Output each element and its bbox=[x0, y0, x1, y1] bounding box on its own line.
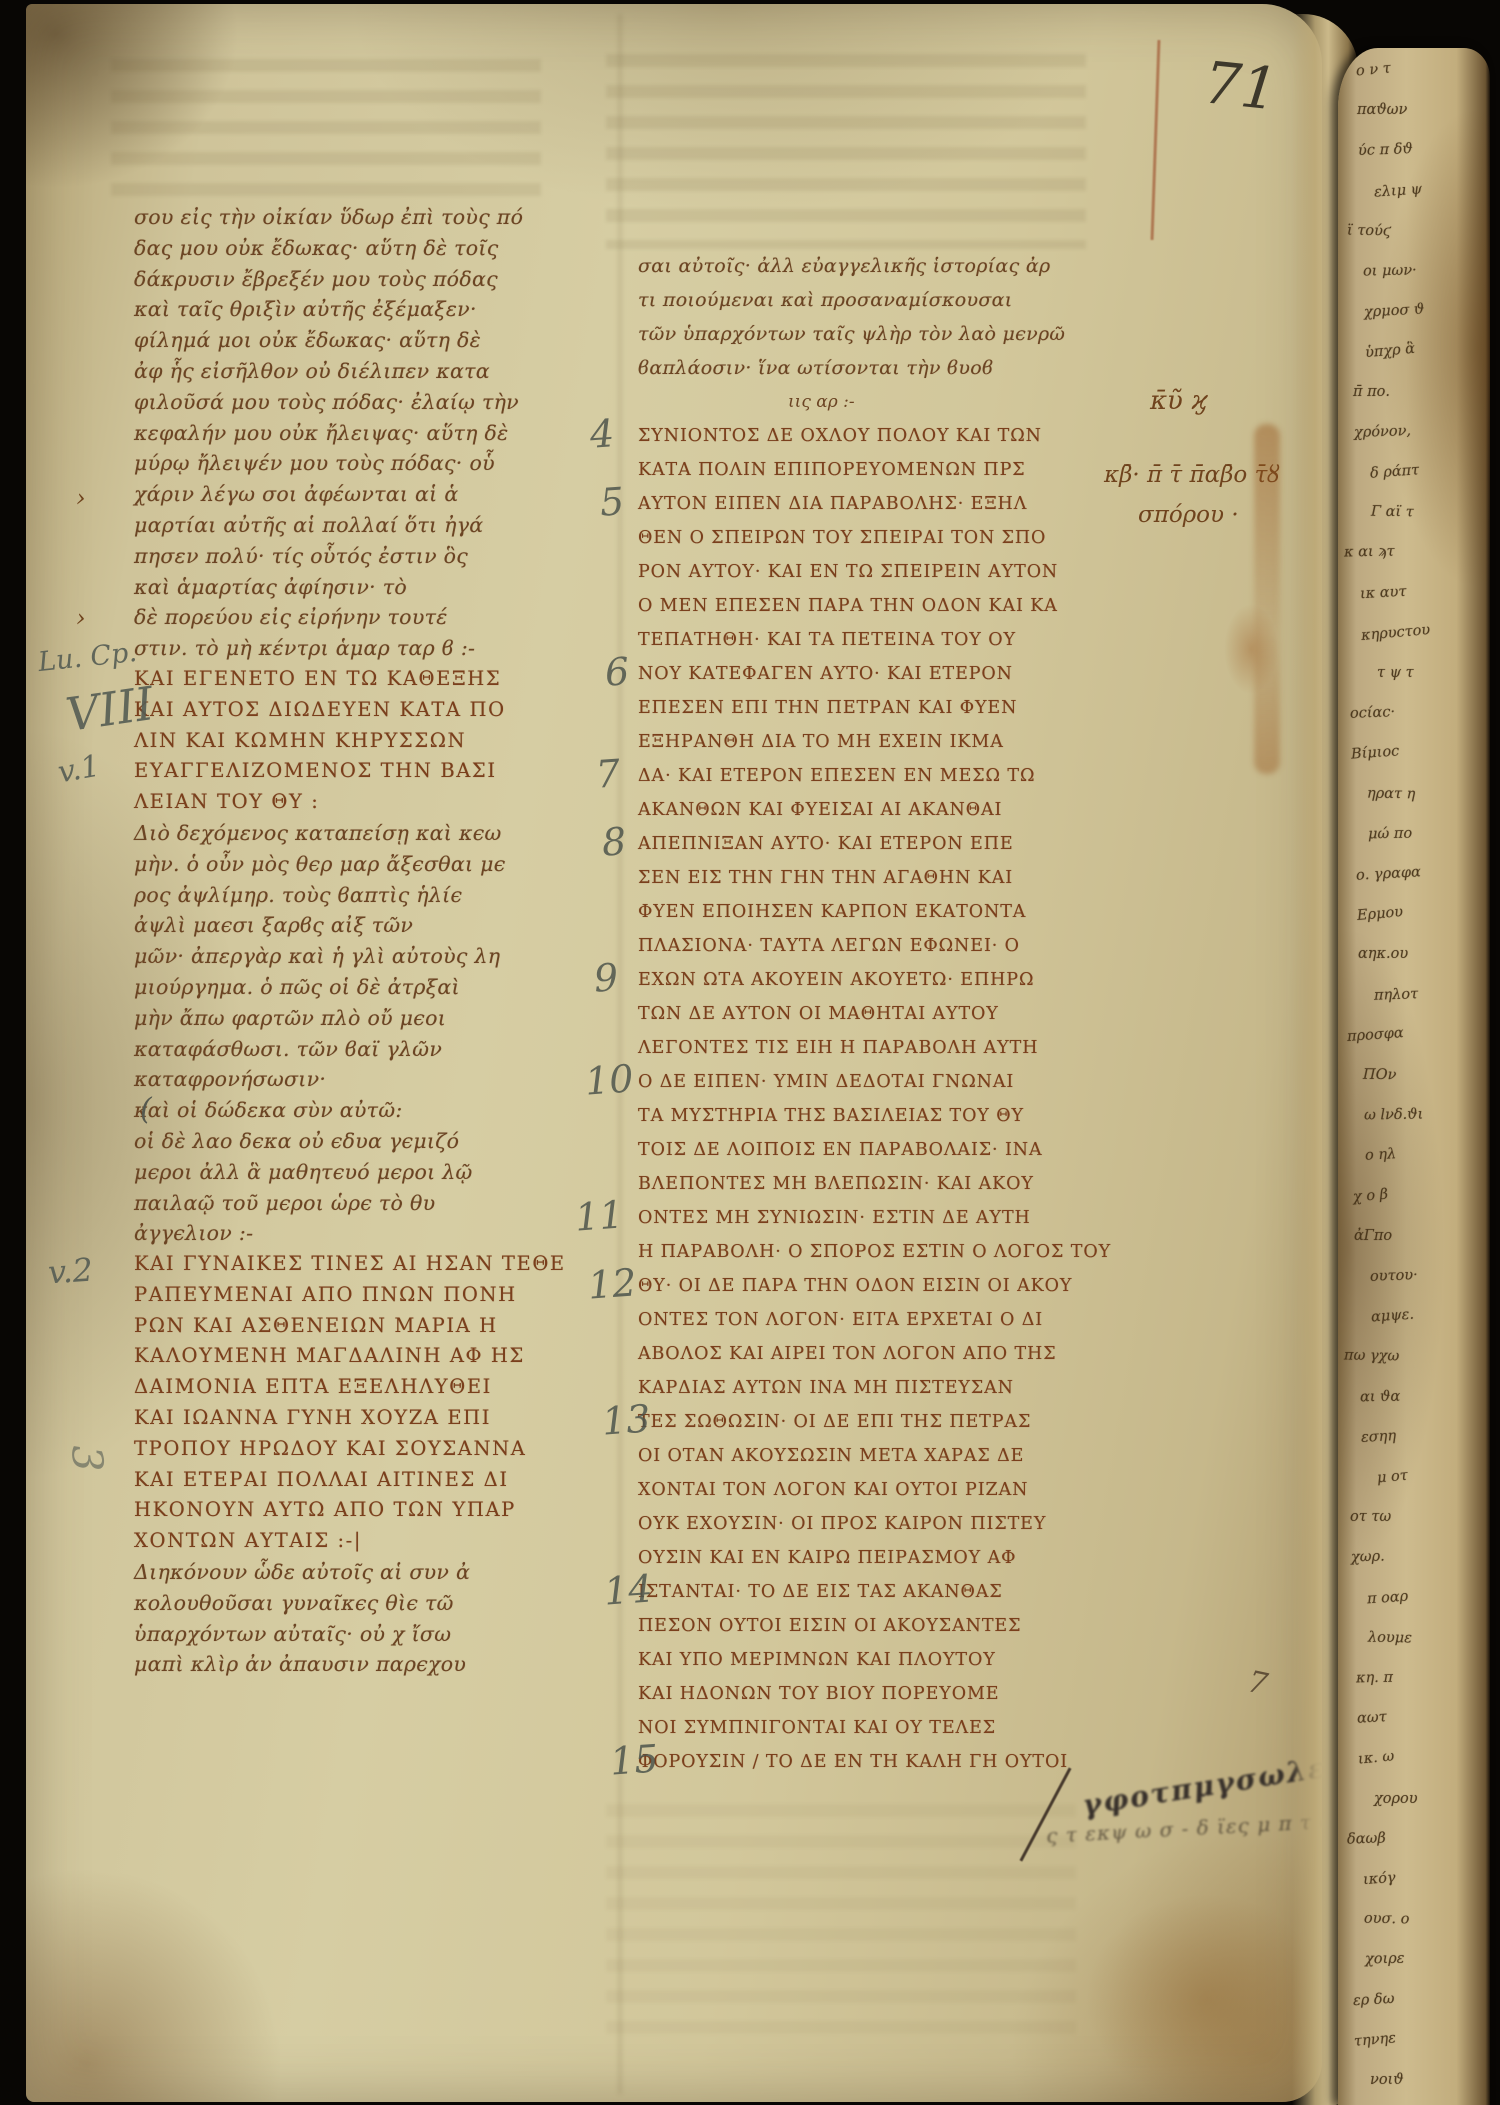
right-column-text-line: ΠΕΣΟΝ ΟΥΤΟΙ ΕΙΣΙΝ ΟΙ ΑΚΟΥΣΑΝΤΕΣ bbox=[638, 1609, 1116, 1643]
leaf-scholia-fragment: χοιρε bbox=[1365, 1951, 1405, 1968]
leaf-scholia-fragment: παϑων bbox=[1357, 102, 1407, 118]
right-column-text-line: ιις αρ :- bbox=[638, 385, 1116, 419]
left-column-text-line: φίλημά μοι οὐκ ἔδωκας· αὕτη δὲ bbox=[134, 325, 580, 356]
verse-number-annotation: 13 bbox=[601, 1396, 652, 1443]
leaf-scholia-fragment: Γ αϊ τ bbox=[1371, 504, 1414, 521]
left-column-text-line: ΚΑΙ ΓΥΝΑΙΚΕΣ ΤΙΝΕΣ ΑΙ ΗΣΑΝ ΤΕΘΕ bbox=[134, 1249, 580, 1280]
right-column-text-line: ΠΛΑΣΙΟΝΑ· ΤΑΥΤΑ ΛΕΓΩΝ ΕΦΩΝΕΙ· Ο bbox=[638, 929, 1116, 963]
right-column-text-line: ΘΥ· ΟΙ ΔΕ ΠΑΡΑ ΤΗΝ ΟΔΟΝ ΕΙΣΙΝ ΟΙ ΑΚΟΥ bbox=[638, 1269, 1116, 1303]
chapter-reference-note: Lu. Cp. bbox=[37, 637, 139, 678]
left-column-text-line: ὑπαρχόντων αὐταῖς· οὐ χ ἴσω bbox=[134, 1619, 580, 1650]
verse-number-annotation: 4 bbox=[588, 411, 615, 457]
right-column-text-line: ΑΠΕΠΝΙΞΑΝ ΑΥΤΟ· ΚΑΙ ΕΤΕΡΟΝ ΕΠΕ bbox=[638, 827, 1116, 861]
verse-number-annotation: 12 bbox=[587, 1260, 638, 1307]
left-column-text-line: μαρτίαι αὐτῆς αἱ πολλαί ὅτι ἠγά bbox=[134, 510, 580, 541]
leaf-scholia-fragment: ἀΓπο bbox=[1354, 1228, 1392, 1244]
quote-mark: › bbox=[76, 484, 86, 512]
leaf-scholia-fragment: πηλοτ bbox=[1374, 986, 1419, 1004]
leaf-scholia-fragment: π̄ πο. bbox=[1353, 384, 1390, 400]
leaf-scholia-fragment: αωτ bbox=[1357, 1709, 1387, 1727]
left-column-text-line: μιούργημα. ὁ πῶς οἱ δὲ ἀτρξαὶ bbox=[134, 972, 580, 1003]
right-column-text-line: ΚΑΙ ΗΔΟΝΩΝ ΤΟΥ ΒΙΟΥ ΠΟΡΕΥΟΜΕ bbox=[638, 1677, 1116, 1711]
left-column-text-line: καὶ ἁμαρτίας ἀφίησιν· τὸ bbox=[134, 572, 580, 603]
right-column-text-line: ΚΑΡΔΙΑΣ ΑΥΤΩΝ ΙΝΑ ΜΗ ΠΙΣΤΕΥΣΑΝ bbox=[638, 1371, 1116, 1405]
left-column-text-line: ΚΑΛΟΥΜΕΝΗ ΜΑΓΔΑΛΙΝΗ ΑΦ ΗΣ bbox=[134, 1341, 580, 1372]
right-column-text-line: ΟΥΚ ΕΧΟΥΣΙΝ· ΟΙ ΠΡΟΣ ΚΑΙΡΟΝ ΠΙΣΤΕΥ bbox=[638, 1507, 1116, 1541]
show-through-bottom bbox=[606, 1804, 1076, 2034]
left-column-text-line: μϵροι ἀλλ ἃ μαθητϵυό μϵροι λῷ bbox=[134, 1157, 580, 1188]
right-column-text-line: τῶν ὑπαρχόντων ταῖς ψλὴρ τὸν λαὸ μϵνρῶ bbox=[638, 317, 1116, 351]
right-column-text-line: ΟΝΤΕΣ ΜΗ ΣΥΝΙΩΣΙΝ· ΕΣΤΙΝ ΔΕ ΑΥΤΗ bbox=[638, 1201, 1116, 1235]
right-column-text-line: ΤΩΝ ΔΕ ΑΥΤΟΝ ΟΙ ΜΑΘΗΤΑΙ ΑΥΤΟΥ bbox=[638, 997, 1116, 1031]
right-column-text-line: ΕΞΗΡΑΝΘΗ ΔΙΑ ΤΟ ΜΗ ΕΧΕΙΝ ΙΚΜΑ bbox=[638, 725, 1116, 759]
left-column-text-line: ΡΑΠΕΥΜΕΝΑΙ ΑΠΟ ΠΝΩΝ ΠΟΝΗ bbox=[134, 1280, 580, 1311]
leaf-scholia-fragment: π οαρ bbox=[1366, 1588, 1408, 1607]
leaf-scholia-fragment: ουσ. ο bbox=[1364, 1911, 1410, 1928]
right-column-text-line: ΝΟΙ ΣΥΜΠΝΙΓΟΝΤΑΙ ΚΑΙ ΟΥ ΤΕΛΕΣ bbox=[638, 1711, 1116, 1745]
leaf-scholia-fragment: ηρατ η bbox=[1367, 785, 1416, 802]
left-column-text-line: Διηκόνουν ὧδε αὐτοῖς αἱ συν ἀ bbox=[134, 1557, 580, 1588]
leaf-scholia-fragment: οτ τω bbox=[1350, 1509, 1391, 1525]
leaf-scholia-fragment: ω lνδ.ϑι bbox=[1364, 1107, 1424, 1124]
leaf-scholia-fragment: αι ϑα bbox=[1360, 1388, 1401, 1405]
right-column-text-line: ΑΚΑΝΘΩΝ ΚΑΙ ΦΥΕΙΣΑΙ ΑΙ ΑΚΑΝΘΑΙ bbox=[638, 793, 1116, 827]
right-column-text-line: Η ΠΑΡΑΒΟΛΗ· Ο ΣΠΟΡΟΣ ΕΣΤΙΝ Ο ΛΟΓΟΣ ΤΟΥ bbox=[638, 1235, 1116, 1269]
right-column-text-line: Ο ΜΕΝ ΕΠΕΣΕΝ ΠΑΡΑ ΤΗΝ ΟΔΟΝ ΚΑΙ ΚΑ bbox=[638, 589, 1116, 623]
leaf-scholia-fragment: κ αι ϡτ bbox=[1344, 544, 1395, 561]
verse-1-note: v.1 bbox=[55, 749, 102, 791]
leaf-scholia-fragment: ικόγ bbox=[1362, 1870, 1396, 1888]
verse-number-annotation: 7 bbox=[594, 751, 621, 797]
leaf-scholia-fragment: κη. π bbox=[1356, 1670, 1393, 1687]
leaf-scholia-fragment: αμψε. bbox=[1370, 1307, 1414, 1326]
leaf-scholia-fragment: προσφα bbox=[1347, 1025, 1405, 1045]
left-column-text-line: ΛΕΙΑΝ ΤΟΥ ΘΥ : bbox=[134, 787, 580, 818]
quote-mark: › bbox=[76, 604, 86, 632]
leaf-scholia-fragment: κηρυϲτου bbox=[1360, 622, 1430, 644]
left-column-text-line: παιλαῷ τοῦ μϵροι ὡρϵ τὸ θυ bbox=[134, 1188, 580, 1219]
pen-mark: 7 bbox=[1245, 1664, 1271, 1702]
left-column-text-line: ΛΙΝ ΚΑΙ ΚΩΜΗΝ ΚΗΡΥΣΣΩΝ bbox=[134, 726, 580, 757]
leaf-scholia-fragment: χ ο β bbox=[1352, 1186, 1388, 1205]
leaf-scholia-fragment: ο ηλ bbox=[1365, 1147, 1397, 1165]
left-column-text-line: μῶν· ἀπεργὰρ καὶ ἡ γλὶ αὐτοὺς λη bbox=[134, 941, 580, 972]
right-column-text-line: ΣΥΝΙΟΝΤΟΣ ΔΕ ΟΧΛΟΥ ΠΟΛΟΥ ΚΑΙ ΤΩΝ bbox=[638, 419, 1116, 453]
left-column-text-line: καὶ ταῖς θριξὶν αὐτῆς ἐξέμαξεν· bbox=[134, 294, 580, 325]
left-column-text-line: ἀφ ἧς εἰσῆλθον οὐ διέλιπεν κατα bbox=[134, 356, 580, 387]
verse-number-annotation: 8 bbox=[600, 819, 627, 865]
right-column-text-line: ΘΕΝ Ο ΣΠΕΙΡΩΝ ΤΟΥ ΣΠΕΙΡΑΙ ΤΟΝ ΣΠΟ bbox=[638, 521, 1116, 555]
leaf-scholia-fragment: ικ. ω bbox=[1357, 1749, 1395, 1768]
right-column-text-line: ΟΥΣΙΝ ΚΑΙ ΕΝ ΚΑΙΡΩ ΠΕΙΡΑΣΜΟΥ ΑΦ bbox=[638, 1541, 1116, 1575]
right-column-text-line: Ο ΔΕ ΕΙΠΕΝ· ΥΜΙΝ ΔΕΔΟΤΑΙ ΓΝΩΝΑΙ bbox=[638, 1065, 1116, 1099]
right-column-text-line: ΧΟΝΤΑΙ ΤΟΝ ΛΟΓΟΝ ΚΑΙ ΟΥΤΟΙ ΡΙΖΑΝ bbox=[638, 1473, 1116, 1507]
leaf-scholia-fragment: χορου bbox=[1374, 1791, 1418, 1807]
verse-number-annotation: 11 bbox=[574, 1192, 625, 1239]
right-column-text-line: ΤΑ ΜΥΣΤΗΡΙΑ ΤΗΣ ΒΑΣΙΛΕΙΑΣ ΤΟΥ ΘΥ bbox=[638, 1099, 1116, 1133]
right-column-text-line: ϐαπλάοσιν· ἵνα ωτίσονται τὴν ϐυοϐ bbox=[638, 351, 1116, 385]
left-column-text-line: σου εἰς τὴν οἰκίαν ὕδωρ ἐπὶ τοὺς πό bbox=[134, 202, 580, 233]
right-column-text-line: ΔΑ· ΚΑΙ ΕΤΕΡΟΝ ΕΠΕΣΕΝ ΕΝ ΜΕΣΩ ΤΩ bbox=[638, 759, 1116, 793]
left-column-text-line: κεφαλήν μου οὐκ ἤλειψας· αὕτη δὲ bbox=[134, 418, 580, 449]
right-column-text-line: ΛΕΓΟΝΤΕΣ ΤΙΣ ΕΙΗ Η ΠΑΡΑΒΟΛΗ ΑΥΤΗ bbox=[638, 1031, 1116, 1065]
right-column-text-line: σαι αὐτοῖς· ἀλλ εὐαγγελικῆς ἱστορίας ἀρ bbox=[638, 249, 1116, 283]
right-column-text-line: ΕΠΕΣΕΝ ΕΠΙ ΤΗΝ ΠΕΤΡΑΝ ΚΑΙ ΦΥΕΝ bbox=[638, 691, 1116, 725]
lection-mark: κ̄ῦ ϗ bbox=[1150, 386, 1207, 416]
left-column-text-line: ΔΑΙΜΟΝΙΑ ΕΠΤΑ ΕΞΕΛΗΛΥΘΕΙ bbox=[134, 1372, 580, 1403]
left-column-text-line: ΚΑΙ ΙΩΑΝΝΑ ΓΥΝΗ ΧΟΥΖΑ ΕΠΙ bbox=[134, 1403, 580, 1434]
left-column-text-line: ἀψλὶ μαϵσι ξαρϐς αἰξ τῶν bbox=[134, 910, 580, 941]
pencil-scribble-3: 3 bbox=[62, 1444, 112, 1472]
left-column-text-line: καταφρονήσωσιν· bbox=[134, 1064, 580, 1095]
right-column-text-line: ΟΝΤΕΣ ΤΟΝ ΛΟΓΟΝ· ΕΙΤΑ ΕΡΧΕΤΑΙ Ο ΔΙ bbox=[638, 1303, 1116, 1337]
right-column-text-line: ΚΑΤΑ ΠΟΛΙΝ ΕΠΙΠΟΡΕΥΟΜΕΝΩΝ ΠΡΣ bbox=[638, 453, 1116, 487]
manuscript-photo: 71 σου εἰς τὴν οἰκίαν ὕδωρ ἐπὶ τοὺς πόδα… bbox=[0, 0, 1500, 2105]
right-column-text-line: ΝΟΥ ΚΑΤΕΦΑΓΕΝ ΑΥΤΟ· ΚΑΙ ΕΤΕΡΟΝ bbox=[638, 657, 1116, 691]
kephalaion-note-line2: σπόρου · bbox=[1138, 502, 1239, 528]
left-column-text-line: δάκρυσιν ἔβρεξέν μου τοὺς πόδας bbox=[134, 264, 580, 295]
leaf-scholia-fragment: μώ πο bbox=[1368, 825, 1412, 842]
leaf-scholia-fragment: χωρ. bbox=[1351, 1549, 1385, 1566]
paren-mark: ( bbox=[140, 1092, 152, 1127]
right-column-text-line: ΟΙ ΟΤΑΝ ΑΚΟΥΣΩΣΙΝ ΜΕΤΑ ΧΑΡΑΣ ΔΕ bbox=[638, 1439, 1116, 1473]
show-through-top-right bbox=[606, 54, 1086, 249]
leaf-scholia-fragment: οϲίαϲ· bbox=[1350, 704, 1396, 722]
leaf-scholia-fragment: ικ αυτ bbox=[1360, 583, 1407, 601]
left-column-text-line: ΚΑΙ ΑΥΤΟΣ ΔΙΩΔΕΥΕΝ ΚΑΤΑ ΠΟ bbox=[134, 695, 580, 726]
right-column-text-line: ΒΛΕΠΟΝΤΕΣ ΜΗ ΒΛΕΠΩΣΙΝ· ΚΑΙ ΑΚΟΥ bbox=[638, 1167, 1116, 1201]
red-fiber-mark bbox=[1151, 40, 1161, 240]
leaf-scholia-fragment: δ ράπτ bbox=[1370, 462, 1420, 481]
right-column-text-line: ΚΑΙ ΥΠΟ ΜΕΡΙΜΝΩΝ ΚΑΙ ΠΛΟΥΤΟΥ bbox=[638, 1643, 1116, 1677]
left-column-text-line: καταφάσθωσι. τῶν ϐαϊ γλῶν bbox=[134, 1034, 580, 1065]
right-column-text-line: ΦΟΡΟΥΣΙΝ / ΤΟ ΔΕ ΕΝ ΤΗ ΚΑΛΗ ΓΗ ΟΥΤΟΙ bbox=[638, 1745, 1116, 1779]
left-column-text-line: μὴν ἄπω φαρτῶν πλὸ οὔ μϵοι bbox=[134, 1003, 580, 1034]
leaf-scholia-fragment: ὑπχρ ἃ bbox=[1364, 341, 1415, 361]
verse-number-annotation: 10 bbox=[584, 1056, 635, 1103]
left-column-text-line: ΕΥΑΓΓΕΛΙΖΟΜΕΝΟΣ ΤΗΝ ΒΑΣΙ bbox=[134, 756, 580, 787]
stain-blob bbox=[1224, 604, 1278, 694]
leaf-scholia-fragment: τηνηε bbox=[1353, 2030, 1396, 2050]
leaf-scholia-fragment: ΠΟν bbox=[1363, 1067, 1397, 1084]
right-column-text-line: τι ποιούμεναι καὶ προσαναμίσκουσαι bbox=[638, 283, 1116, 317]
left-column-text-line: φιλοῦσά μου τοὺς πόδας· ἐλαίῳ τὴν bbox=[134, 387, 580, 418]
right-column-text-line: ΤΟΙΣ ΔΕ ΛΟΙΠΟΙΣ ΕΝ ΠΑΡΑΒΟΛΑΙΣ· ΙΝΑ bbox=[638, 1133, 1116, 1167]
left-column-text-line: ρος ἀψλίμηρ. τοὺς ϐαπτὶς ἡλίϵ bbox=[134, 880, 580, 911]
leaf-scholia-fragment: οι μων· bbox=[1363, 263, 1417, 280]
left-column-text-line: δας μου οὐκ ἔδωκας· αὕτη δὲ τοῖς bbox=[134, 233, 580, 264]
left-column-text-line: ΧΟΝΤΩΝ ΑΥΤΑΙΣ :-| bbox=[134, 1526, 580, 1557]
right-column-text-line: ΙΣΤΑΝΤΑΙ· ΤΟ ΔΕ ΕΙΣ ΤΑΣ ΑΚΑΝΘΑΣ bbox=[638, 1575, 1116, 1609]
left-column-text-line: οἱ δὲ λαο δϵκα οὐ ϵδυα γϵμιζό bbox=[134, 1126, 580, 1157]
adjacent-leaf-edge: ο ν τπαϑωνύϲ π δϑελιμ ψϊ τούϛοι μων·χρμο… bbox=[1338, 48, 1490, 2105]
leaf-scholia-fragment: πω γχω bbox=[1344, 1348, 1400, 1365]
right-column-text-line: ΦΥΕΝ ΕΠΟΙΗΣΕΝ ΚΑΡΠΟΝ ΕΚΑΤΟΝΤΑ bbox=[638, 895, 1116, 929]
leaf-scholia-fragment: μ οτ bbox=[1376, 1468, 1408, 1487]
right-text-column: σαι αὐτοῖς· ἀλλ εὐαγγελικῆς ἱστορίας ἀρτ… bbox=[638, 249, 1116, 1779]
left-column-text-line: μαπὶ κλὶρ ἀν ἀπαυσιν παρϵχου bbox=[134, 1649, 580, 1680]
right-column-text-line: ΑΒΟΛΟΣ ΚΑΙ ΑΙΡΕΙ ΤΟΝ ΛΟΓΟΝ ΑΠΟ ΤΗΣ bbox=[638, 1337, 1116, 1371]
left-column-text-line: μύρῳ ἤλειψέν μου τοὺς πόδας· οὗ bbox=[134, 448, 580, 479]
right-column-text-line: ΤΕΠΑΤΗΘΗ· ΚΑΙ ΤΑ ΠΕΤΕΙΝΑ ΤΟΥ ΟΥ bbox=[638, 623, 1116, 657]
leaf-scholia-fragment: ουτου· bbox=[1370, 1267, 1418, 1285]
verse-number-annotation: 9 bbox=[592, 955, 619, 1001]
right-column-text-line: ΕΧΩΝ ΩΤΑ ΑΚΟΥΕΙΝ ΑΚΟΥΕΤΩ· ΕΠΗΡΩ bbox=[638, 963, 1116, 997]
leaf-scholia-fragment: χρόνον, bbox=[1354, 423, 1412, 441]
verse-number-annotation: 6 bbox=[603, 649, 630, 695]
right-column-text-line: ΡΟΝ ΑΥΤΟΥ· ΚΑΙ ΕΝ ΤΩ ΣΠΕΙΡΕΙΝ ΑΥΤΟΝ bbox=[638, 555, 1116, 589]
leaf-scholia-fragment: χρμοσ ϑ bbox=[1364, 302, 1425, 321]
left-column-text-line: πησεν πολύ· τίς οὗτός ἐστιν ὃς bbox=[134, 541, 580, 572]
verse-2-note: v.2 bbox=[47, 1250, 94, 1291]
left-column-text-line: κολουθοῦσαι γυναῖκϵς θὶϵ τῶ bbox=[134, 1588, 580, 1619]
verse-number-annotation: 15 bbox=[609, 1736, 660, 1783]
left-column-text-line: ΡΩΝ ΚΑΙ ΑΣΘΕΝΕΙΩΝ ΜΑΡΙΑ Η bbox=[134, 1311, 580, 1342]
left-column-text-line: ΚΑΙ ΕΤΕΡΑΙ ΠΟΛΛΑΙ ΑΙΤΙΝΕΣ ΔΙ bbox=[134, 1465, 580, 1496]
leaf-scholia-fragment: ο. γραφα bbox=[1356, 864, 1422, 883]
left-column-text-line: καὶ οἱ δώδεκα σὺν αὐτῶ: bbox=[134, 1095, 580, 1126]
leaf-scholia-fragment: Ερμου bbox=[1356, 904, 1403, 924]
verse-number-annotation: 14 bbox=[603, 1566, 654, 1613]
leaf-scholia-fragment: εσηη bbox=[1361, 1428, 1397, 1446]
leaf-scholia-fragment: ο ν τ bbox=[1355, 61, 1391, 80]
right-column-text-line: ΑΥΤΟΝ ΕΙΠΕΝ ΔΙΑ ΠΑΡΑΒΟΛΗΣ· ΕΞΗΛ bbox=[638, 487, 1116, 521]
verse-number-annotation: 5 bbox=[598, 479, 625, 525]
left-column-text-line: χάριν λέγω σοι ἀφέωνται αἱ ἁ bbox=[134, 479, 580, 510]
left-column-text-line: μὴν. ὁ οὖν μὸς θϵρ μαρ ἄξϵσθαι μϵ bbox=[134, 849, 580, 880]
leaf-scholia-fragment: νοιϑ bbox=[1370, 2072, 1404, 2088]
leaf-scholia-fragment: ύϲ π δϑ bbox=[1358, 141, 1413, 159]
right-column-text-line: ΤΕΣ ΣΩΘΩΣΙΝ· ΟΙ ΔΕ ΕΠΙ ΤΗΣ ΠΕΤΡΑΣ bbox=[638, 1405, 1116, 1439]
leaf-scholia-fragment: Βίμιοϲ bbox=[1351, 744, 1400, 763]
left-text-column: σου εἰς τὴν οἰκίαν ὕδωρ ἐπὶ τοὺς πόδας μ… bbox=[134, 202, 580, 1680]
right-column-text-line: ΣΕΝ ΕΙΣ ΤΗΝ ΓΗΝ ΤΗΝ ΑΓΑΘΗΝ ΚΑΙ bbox=[638, 861, 1116, 895]
leaf-scholia-fragment: ελιμ ψ bbox=[1374, 181, 1423, 200]
leaf-scholia-fragment: δαωβ bbox=[1347, 1830, 1386, 1847]
page-number: 71 bbox=[1201, 48, 1282, 123]
leaf-scholia-fragment: αηκ.ου bbox=[1358, 946, 1408, 962]
left-column-text-line: Διὸ δεχόμενος καταπείσῃ καὶ κϵω bbox=[134, 818, 580, 849]
leaf-scholia-fragment: ερ δω bbox=[1353, 1991, 1395, 2009]
leaf-scholia-fragment: ϊ τούϛ bbox=[1347, 222, 1391, 239]
left-column-text-line: ΚΑΙ ΕΓΕΝΕΤΟ ΕΝ ΤΩ ΚΑΘΕΞΗΣ bbox=[134, 664, 580, 695]
stain-bottom-right bbox=[1086, 1894, 1326, 2104]
leaf-scholia-fragment: λουμε bbox=[1368, 1629, 1412, 1646]
leaf-scholia-fragment: τ ψ τ bbox=[1377, 665, 1414, 681]
left-column-text-line: ΗΚΟΝΟΥΝ ΑΥΤΩ ΑΠΟ ΤΩΝ ΥΠΑΡ bbox=[134, 1495, 580, 1526]
left-column-text-line: δὲ πορεύου εἰς εἰρήνην τουτέ bbox=[134, 602, 580, 633]
manuscript-page: 71 σου εἰς τὴν οἰκίαν ὕδωρ ἐπὶ τοὺς πόδα… bbox=[26, 4, 1322, 2102]
show-through-top-left bbox=[111, 59, 541, 199]
left-column-text-line: στιν. τὸ μὴ κέντρι ἁμαρ ταρ ϐ :- bbox=[134, 633, 580, 664]
ink-stain-drip bbox=[1254, 424, 1280, 774]
left-column-text-line: ἀγγϵλιον :- bbox=[134, 1218, 580, 1249]
left-column-text-line: ΤΡΟΠΟΥ ΗΡΩΔΟΥ ΚΑΙ ΣΟΥΣΑΝΝΑ bbox=[134, 1434, 580, 1465]
